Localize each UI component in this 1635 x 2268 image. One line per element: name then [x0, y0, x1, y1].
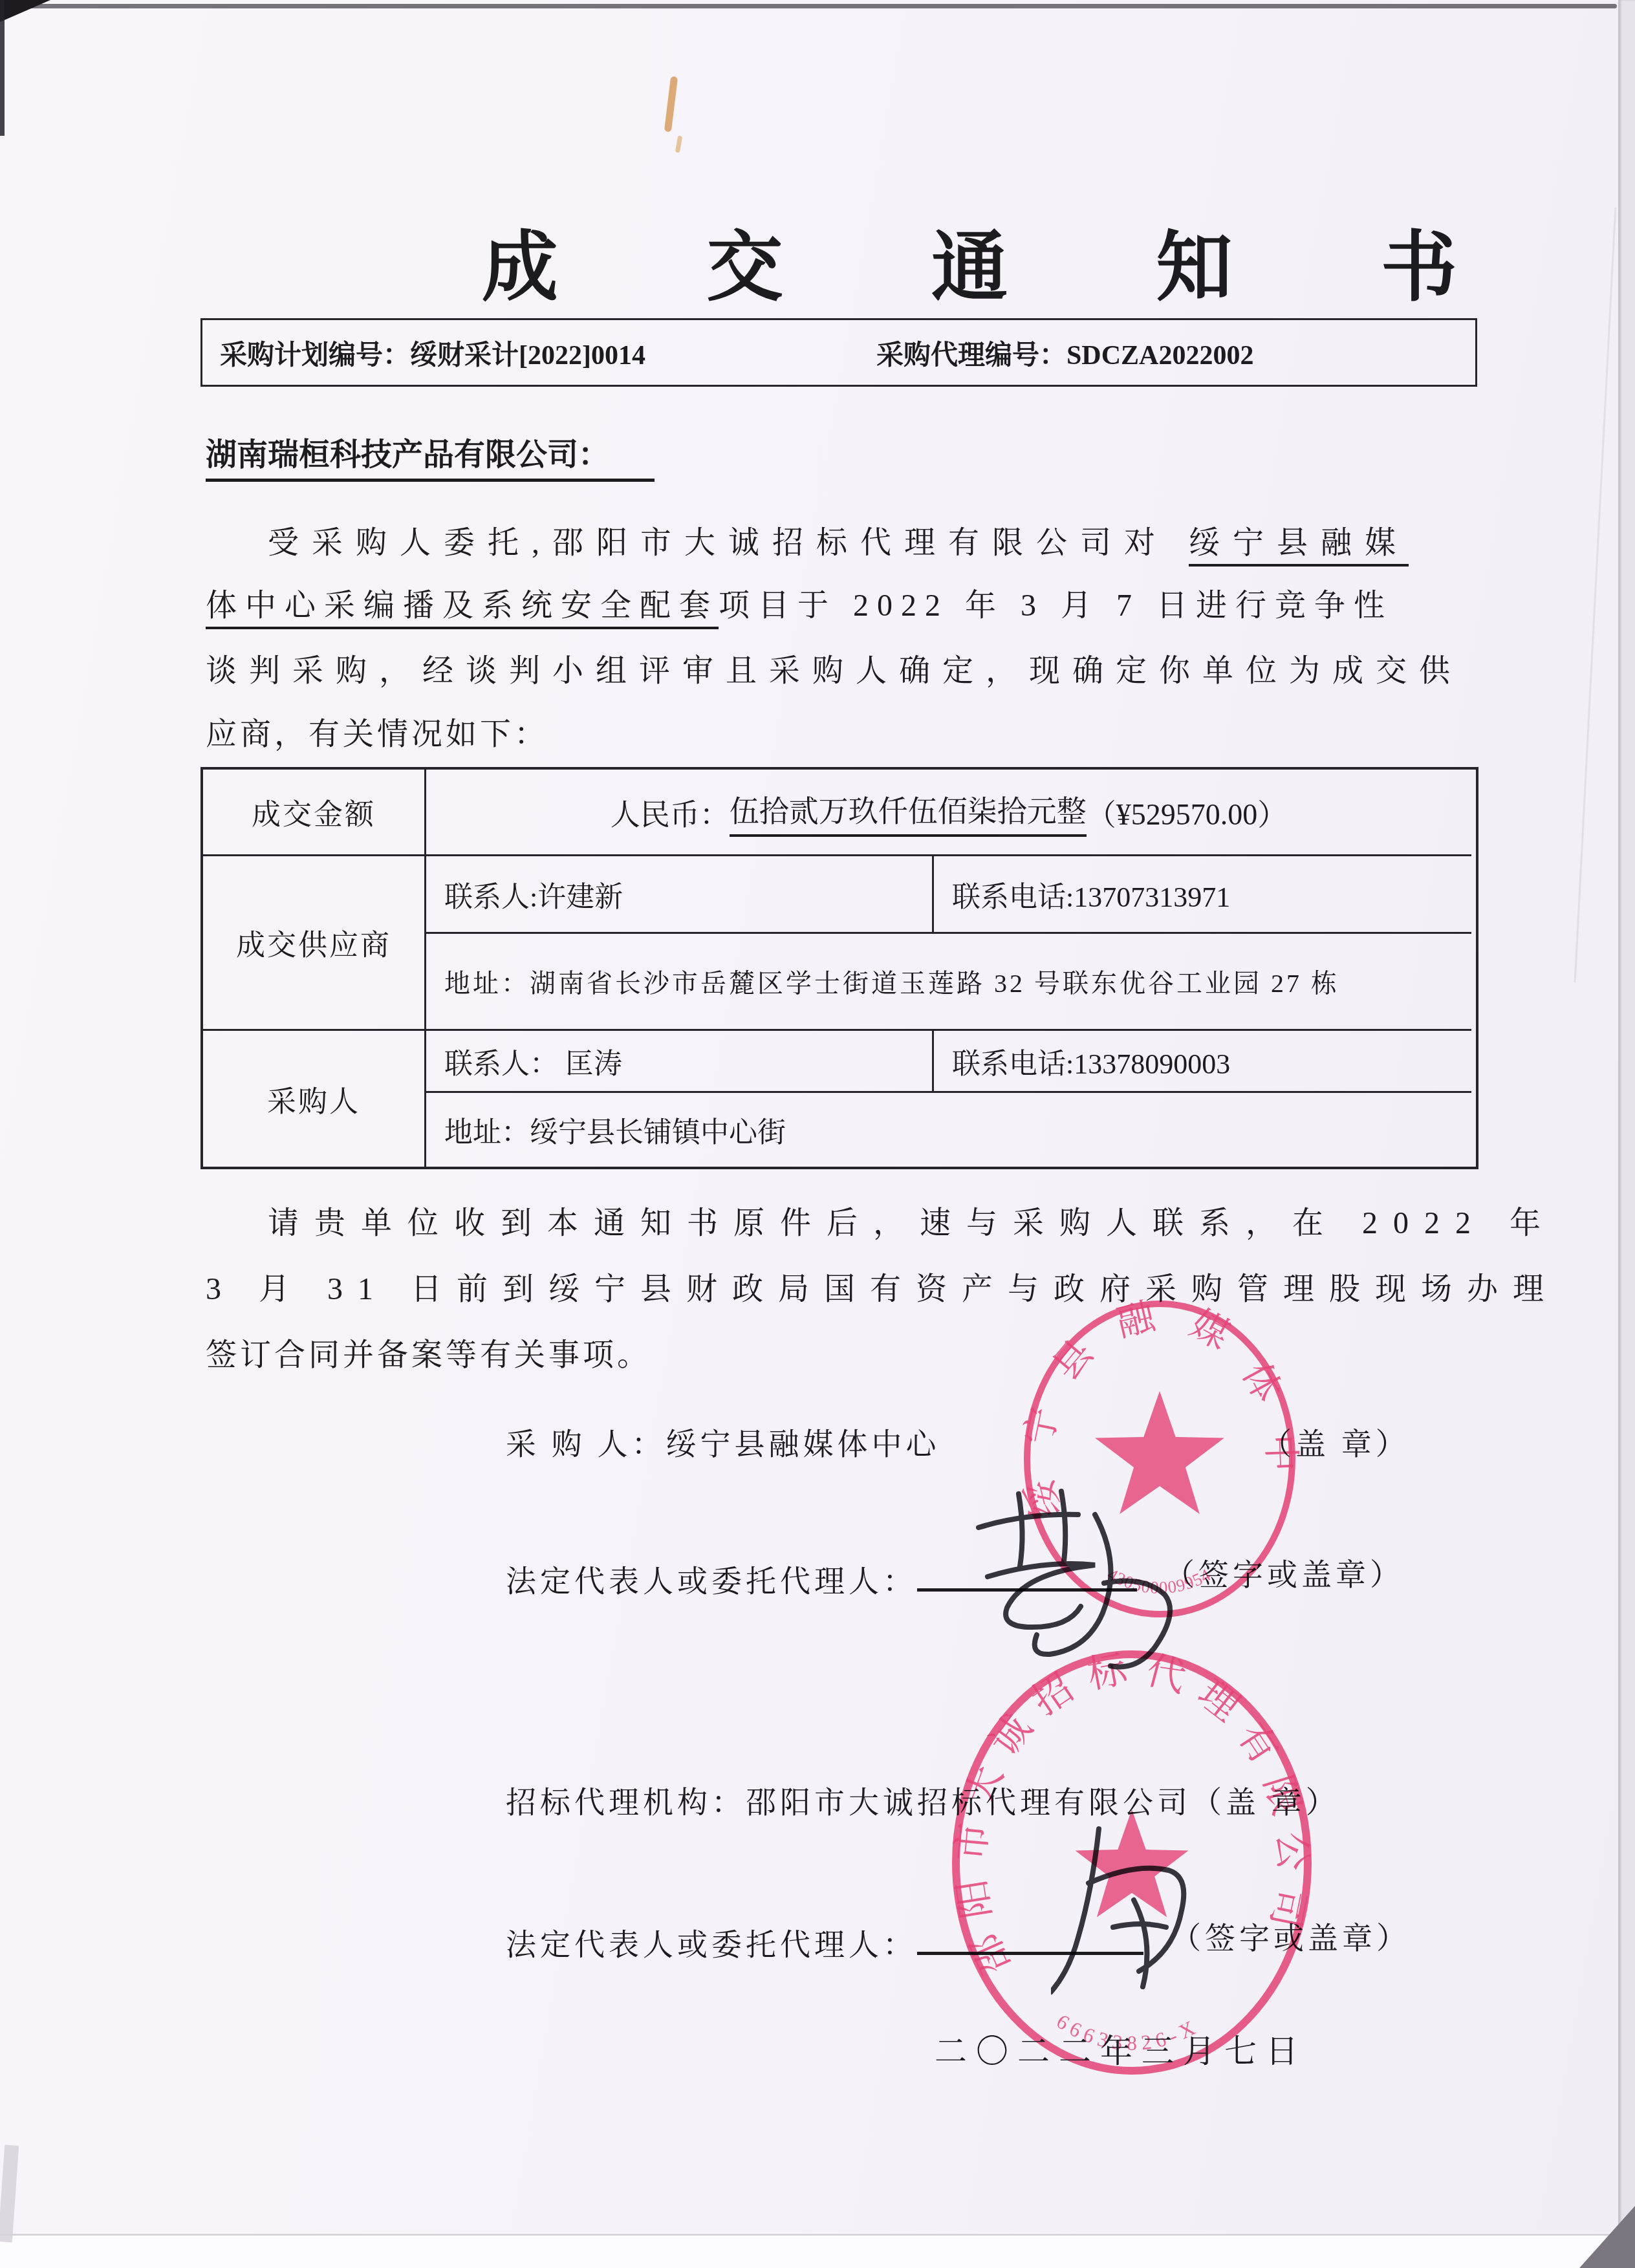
para1-line1-text: 受采购人委托,邵阳市大诚招标代理有限公司对 [268, 526, 1189, 560]
purchaser-name: 绥宁县融媒体中心 [666, 1428, 940, 1462]
document-title: 成 交 通 知 书 [482, 206, 1522, 316]
buyer-label-cell: 采购人 [203, 1031, 426, 1167]
body-paragraph2-line1: 请贵单位收到本通知书原件后，速与采购人联系，在 2022 年 [206, 1198, 1555, 1242]
body-paragraph1-line4: 应商，有关情况如下： [206, 709, 1493, 753]
scan-corner-shadow-topleft [0, 0, 50, 22]
scanner-edge-bottom [0, 2233, 1635, 2268]
supplier-phone-cell: 联系电话:13707313971 [934, 856, 1471, 934]
ink-stain-small [675, 136, 682, 153]
scanned-award-notice-page: 成 交 通 知 书 采购计划编号：绥财采计[2022]0014 采购代理编号：S… [0, 0, 1635, 2268]
paper-edge-bottom [0, 2234, 1635, 2236]
supplier-contact-cell: 联系人:许建新 [426, 856, 934, 934]
body-paragraph1-line3: 谈判采购，经谈判小组评审且采购人确定，现确定你单位为成交供 [206, 645, 1493, 690]
scan-smudge-bottomleft [0, 2144, 19, 2242]
plan-number-value: 绥财采计[2022]0014 [410, 341, 645, 371]
purchaser-label: 采 购 人： [506, 1428, 666, 1462]
scanner-edge-top [19, 4, 1617, 8]
addressee-company: 湖南瑞桓科技产品有限公司： [206, 438, 655, 482]
procurement-plan-number: 采购计划编号：绥财采计[2022]0014 [220, 334, 645, 373]
buyer-contact-cell: 联系人： 匡涛 [426, 1031, 934, 1093]
ink-stain [664, 76, 678, 133]
amount-in-figures: （¥529570.00） [1087, 791, 1288, 834]
purchaser-rep-label: 法定代表人或委托代理人： [506, 1565, 917, 1599]
amount-label-cell: 成交金额 [203, 770, 426, 856]
agency-number-value: SDCZA2022002 [1067, 341, 1253, 371]
agency-label: 招标代理机构： [506, 1786, 746, 1820]
body-paragraph1-line1: 受采购人委托,邵阳市大诚招标代理有限公司对 绥宁县融媒 [206, 517, 1555, 562]
supplier-label-cell: 成交供应商 [203, 856, 426, 1031]
agency-number-label: 采购代理编号： [876, 341, 1067, 371]
buyer-phone-cell: 联系电话:13378090003 [934, 1031, 1471, 1093]
plan-number-label: 采购计划编号： [220, 341, 410, 371]
scan-corner-shadow-bottomright [1579, 2206, 1635, 2268]
project-name-part1: 绥宁县融媒 [1189, 526, 1409, 567]
body-paragraph1-line2: 体中心采编播及系统安全配套项目于 2022 年 3 月 7 日进行竞争性 [206, 580, 1493, 625]
addressee-line: 湖南瑞桓科技产品有限公司： [206, 429, 655, 474]
agency-handwritten-signature [1051, 1804, 1219, 2018]
purchaser-line: 采 购 人：绥宁县融媒体中心 [506, 1420, 940, 1463]
agency-reference-number: 采购代理编号：SDCZA2022002 [876, 334, 1253, 373]
award-details-table: 成交金额 人民币：伍拾贰万玖仟伍佰柒拾元整（¥529570.00） 成交供应商 … [200, 767, 1478, 1169]
paper-crease [1574, 208, 1617, 983]
buyer-address-cell: 地址：绥宁县长铺镇中心街 [426, 1093, 1471, 1167]
project-name-part2: 体中心采编播及系统安全配套 [206, 589, 719, 629]
document-date: 二〇二二年三月七日 [935, 2025, 1307, 2072]
para1-line2-text: 项目于 2022 年 3 月 7 日进行竞争性 [719, 589, 1393, 623]
supplier-address-cell: 地址：湖南省长沙市岳麓区学士街道玉莲路 32 号联东优谷工业园 27 栋 [426, 934, 1471, 1031]
scan-corner-shadow-left [0, 0, 5, 136]
amount-in-words: 伍拾贰万玖仟伍佰柒拾元整 [730, 788, 1087, 837]
scanner-edge-right [1618, 0, 1635, 2268]
amount-value-cell: 人民币：伍拾贰万玖仟伍佰柒拾元整（¥529570.00） [426, 770, 1471, 856]
agency-rep-label: 法定代表人或委托代理人： [506, 1928, 917, 1962]
amount-prefix: 人民币： [611, 791, 730, 834]
